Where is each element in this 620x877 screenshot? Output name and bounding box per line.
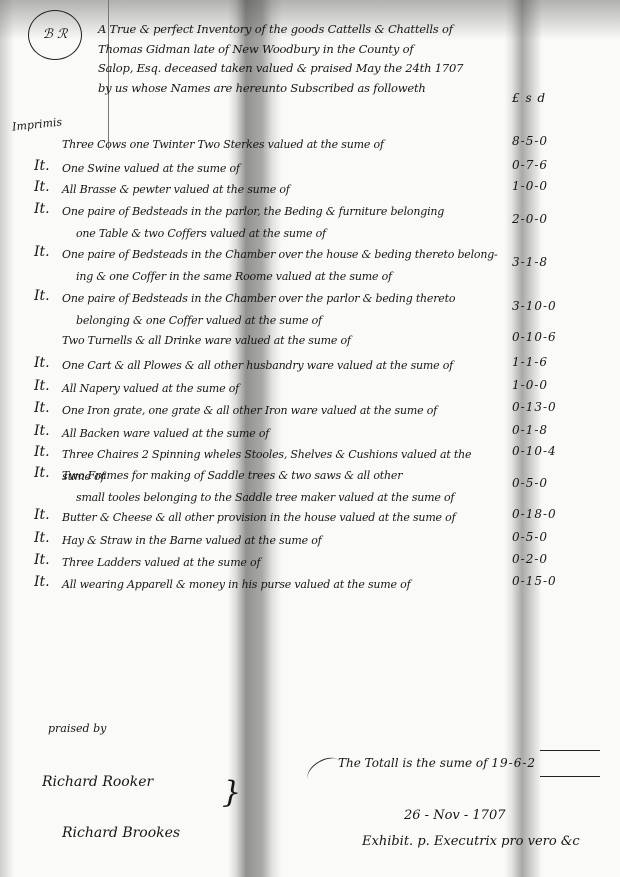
item-description: One Swine valued at the sume of	[62, 158, 502, 180]
item-description: One Cart & all Plowes & all other husban…	[62, 355, 502, 377]
item-description-line: Three Cows one Twinter Two Sterkes value…	[62, 138, 384, 151]
item-value: 0-7-6	[512, 158, 612, 172]
item-description-line: One Swine valued at the sume of	[62, 162, 240, 175]
item-mark: It.	[34, 378, 50, 394]
appraised-by-label: praised by	[48, 722, 106, 735]
item-description-line: belonging & one Coffer valued at the sum…	[62, 310, 502, 332]
item-description: All wearing Apparell & money in his purs…	[62, 574, 502, 596]
seal-stamp: ℬ ℛ	[28, 10, 82, 60]
signature-bracket: }	[222, 775, 241, 810]
item-description-line: One Cart & all Plowes & all other husban…	[62, 359, 453, 372]
item-description-line: small tooles belonging to the Saddle tre…	[62, 487, 502, 509]
item-description: All Backen ware valued at the sume of	[62, 423, 502, 445]
item-description-line: All Brasse & pewter valued at the sume o…	[62, 183, 290, 196]
inventory-heading: A True & perfect Inventory of the goods …	[98, 20, 488, 98]
item-value: 0-5-0	[512, 530, 612, 544]
item-value: 8-5-0	[512, 134, 612, 148]
item-description: One paire of Bedsteads in the parlor, th…	[62, 201, 502, 245]
heading-line: Thomas Gidman late of New Woodbury in th…	[98, 40, 488, 60]
item-description-line: One paire of Bedsteads in the parlor, th…	[62, 201, 502, 223]
item-description: Two Frames for making of Saddle trees & …	[62, 465, 502, 509]
appraiser-signature: Richard Rooker	[42, 774, 153, 790]
item-value: 0-18-0	[512, 507, 612, 521]
appraiser-signature: Richard Brookes	[62, 825, 180, 841]
item-description: All Brasse & pewter valued at the sume o…	[62, 179, 502, 201]
item-description-line: Butter & Cheese & all other provision in…	[62, 511, 455, 524]
heading-line: A True & perfect Inventory of the goods …	[98, 20, 488, 40]
heading-line: by us whose Names are hereunto Subscribe…	[98, 79, 488, 99]
item-mark: It.	[34, 552, 50, 568]
total-value: 19-6-2	[491, 756, 536, 770]
item-description-line: One paire of Bedsteads in the Chamber ov…	[62, 244, 502, 266]
item-description: One Iron grate, one grate & all other Ir…	[62, 400, 502, 422]
item-description-line: One paire of Bedsteads in the Chamber ov…	[62, 288, 502, 310]
item-description: Two Turnells & all Drinke ware valued at…	[62, 330, 502, 352]
item-description-line: Two Frames for making of Saddle trees & …	[62, 465, 502, 487]
item-value: 1-0-0	[512, 179, 612, 193]
item-description-line: Two Turnells & all Drinke ware valued at…	[62, 334, 351, 347]
item-mark: It.	[34, 201, 50, 217]
item-description-line: ing & one Coffer in the same Roome value…	[62, 266, 502, 288]
item-description-line: one Table & two Coffers valued at the su…	[62, 223, 502, 245]
item-mark: It.	[34, 507, 50, 523]
item-mark: It.	[34, 423, 50, 439]
item-description: Butter & Cheese & all other provision in…	[62, 507, 502, 529]
heading-line: Salop, Esq. deceased taken valued & prai…	[98, 59, 488, 79]
item-mark: It.	[34, 400, 50, 416]
margin-label-imprimis: Imprimis	[11, 115, 62, 133]
item-value: 0-5-0	[512, 476, 612, 490]
item-mark: It.	[34, 288, 50, 304]
currency-header: £ s d	[512, 91, 546, 105]
exhibit-date: 26 - Nov - 1707	[404, 808, 506, 823]
item-description-line: Three Ladders valued at the sume of	[62, 556, 260, 569]
item-value: 3-10-0	[512, 299, 612, 313]
item-value: 0-15-0	[512, 574, 612, 588]
item-description-line: Hay & Straw in the Barne valued at the s…	[62, 534, 322, 547]
item-value: 0-10-6	[512, 330, 612, 344]
item-value: 1-1-6	[512, 355, 612, 369]
item-mark: It.	[34, 530, 50, 546]
item-description-line: All Napery valued at the sume of	[62, 382, 239, 395]
item-value: 0-13-0	[512, 400, 612, 414]
item-value: 0-1-8	[512, 423, 612, 437]
item-mark: It.	[34, 465, 50, 481]
item-description: Three Cows one Twinter Two Sterkes value…	[62, 134, 502, 156]
item-value: 0-10-4	[512, 444, 612, 458]
item-value: 2-0-0	[512, 212, 612, 226]
scanned-page: ℬ ℛ A True & perfect Inventory of the go…	[0, 0, 620, 877]
item-mark: It.	[34, 179, 50, 195]
item-mark: It.	[34, 355, 50, 371]
item-value: 3-1-8	[512, 255, 612, 269]
item-mark: It.	[34, 244, 50, 260]
exhibit-note: Exhibit. p. Executrix pro vero &c	[362, 834, 580, 849]
item-description: Three Ladders valued at the sume of	[62, 552, 502, 574]
item-description: One paire of Bedsteads in the Chamber ov…	[62, 288, 502, 332]
item-description: All Napery valued at the sume of	[62, 378, 502, 400]
item-description-line: All Backen ware valued at the sume of	[62, 427, 269, 440]
rule-line	[540, 750, 600, 751]
item-value: 0-2-0	[512, 552, 612, 566]
item-description: One paire of Bedsteads in the Chamber ov…	[62, 244, 502, 288]
total-label: The Totall is the sume of	[338, 756, 488, 770]
inventory-total: The Totall is the sume of 19-6-2	[338, 756, 536, 770]
item-description-line: All wearing Apparell & money in his purs…	[62, 578, 410, 591]
item-mark: It.	[34, 444, 50, 460]
rule-line	[540, 776, 600, 777]
item-mark: It.	[34, 574, 50, 590]
item-description-line: One Iron grate, one grate & all other Ir…	[62, 404, 437, 417]
item-description: Hay & Straw in the Barne valued at the s…	[62, 530, 502, 552]
item-mark: It.	[34, 158, 50, 174]
item-value: 1-0-0	[512, 378, 612, 392]
